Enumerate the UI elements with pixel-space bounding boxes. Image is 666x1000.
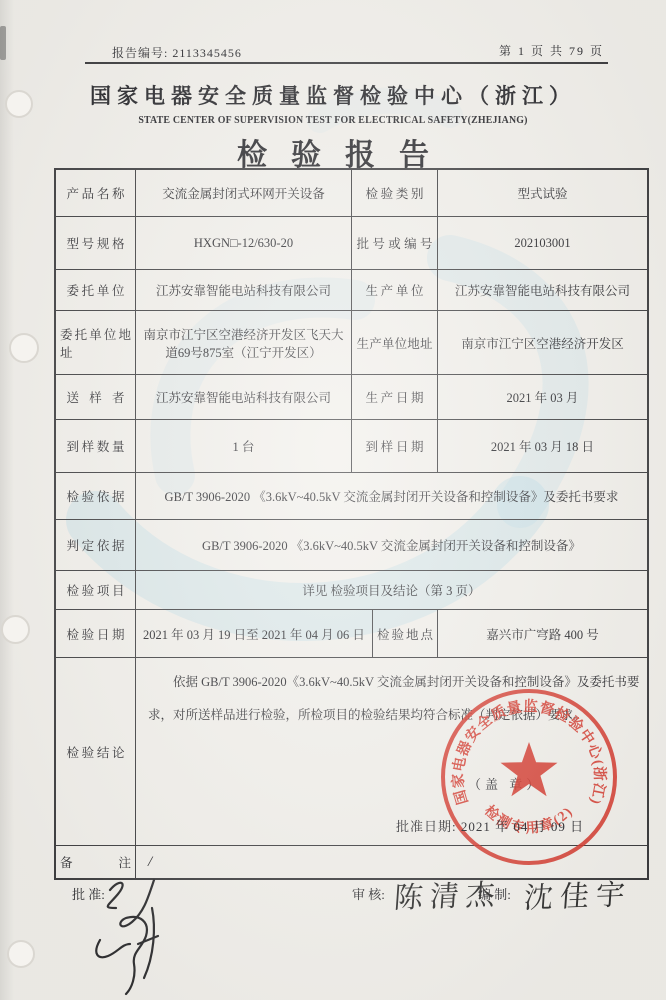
conclusion-cell: 依据 GB/T 3906-2020《3.6kV~40.5kV 交流金属封闭开关设… bbox=[135, 658, 647, 845]
punch-hole bbox=[7, 940, 35, 968]
report-number: 报告编号: 2113345456 bbox=[112, 44, 242, 61]
value-sample-sender: 江苏安靠智能电站科技有限公司 bbox=[135, 375, 351, 419]
punch-hole bbox=[9, 333, 39, 363]
report-info-table: 产品名称 交流金属封闭式环网开关设备 检验类别 型式试验 型号规格 HXGN□-… bbox=[54, 168, 649, 880]
label-model-spec: 型号规格 bbox=[56, 217, 135, 269]
value-inspection-items: 详见 检验项目及结论（第 3 页） bbox=[135, 571, 647, 609]
center-title-english: STATE CENTER OF SUPERVISION TEST FOR ELE… bbox=[20, 115, 646, 126]
scanned-report-page: 报告编号: 2113345456 第 1 页 共 79 页 国家电器安全质量监督… bbox=[0, 0, 666, 1000]
center-title-chinese: 国家电器安全质量监督检验中心（浙江） bbox=[0, 80, 666, 110]
label-production-date: 生产日期 bbox=[351, 375, 437, 419]
table-row-client: 委托单位 江苏安靠智能电站科技有限公司 生产单位 江苏安靠智能电站科技有限公司 bbox=[56, 269, 647, 310]
table-row-judgment-basis: 判定依据 GB/T 3906-2020 《3.6kV~40.5kV 交流金属封闭… bbox=[56, 519, 647, 570]
label-sample-quantity: 到样数量 bbox=[56, 420, 135, 472]
approval-date: 批准日期: 2021 年 04 月 09 日 bbox=[396, 816, 584, 835]
label-manufacturer: 生产单位 bbox=[351, 270, 437, 310]
value-manufacturer-address: 南京市江宁区空港经济开发区 bbox=[437, 311, 647, 374]
scan-smudge bbox=[0, 26, 6, 60]
label-manufacturer-address: 生产单位地址 bbox=[351, 311, 437, 374]
value-client-address: 南京市江宁区空港经济开发区飞天大道69号875室（江宁开发区） bbox=[135, 311, 351, 374]
table-row-sample-quantity: 到样数量 1 台 到样日期 2021 年 03 月 18 日 bbox=[56, 419, 647, 472]
value-manufacturer: 江苏安靠智能电站科技有限公司 bbox=[437, 270, 647, 310]
approver-signature bbox=[92, 878, 202, 1000]
label-sample-sender: 送样者 bbox=[56, 375, 135, 419]
label-judgment-basis: 判定依据 bbox=[56, 520, 135, 570]
table-row-conclusion: 检验结论 依据 GB/T 3906-2020《3.6kV~40.5kV 交流金属… bbox=[56, 657, 647, 845]
label-inspection-place: 检验地点 bbox=[372, 610, 437, 657]
label-sample-arrival-date: 到样日期 bbox=[351, 420, 437, 472]
report-number-value: 2113345456 bbox=[172, 46, 242, 60]
value-sample-arrival-date: 2021 年 03 月 18 日 bbox=[437, 420, 647, 472]
header-divider bbox=[85, 62, 608, 64]
table-row-inspection-basis: 检验依据 GB/T 3906-2020 《3.6kV~40.5kV 交流金属封闭… bbox=[56, 472, 647, 519]
value-judgment-basis: GB/T 3906-2020 《3.6kV~40.5kV 交流金属封闭开关设备和… bbox=[135, 520, 647, 570]
value-inspection-basis: GB/T 3906-2020 《3.6kV~40.5kV 交流金属封闭开关设备和… bbox=[135, 473, 647, 519]
table-row-model: 型号规格 HXGN□-12/630-20 批号或编号 202103001 bbox=[56, 216, 647, 269]
value-inspection-type: 型式试验 bbox=[437, 170, 647, 216]
punch-hole bbox=[1, 615, 30, 644]
value-inspection-place: 嘉兴市广穹路 400 号 bbox=[437, 610, 647, 657]
label-product-name: 产品名称 bbox=[56, 170, 135, 216]
label-remarks: 备注 bbox=[56, 846, 135, 878]
value-sample-quantity: 1 台 bbox=[135, 420, 351, 472]
label-conclusion: 检验结论 bbox=[56, 658, 135, 845]
table-row-client-address: 委托单位地址 南京市江宁区空港经济开发区飞天大道69号875室（江宁开发区） 生… bbox=[56, 310, 647, 374]
official-red-stamp: 国家电器安全质量监督检验中心(浙江) 检测专用章(2) bbox=[438, 686, 620, 868]
table-row-sample-sender: 送样者 江苏安靠智能电站科技有限公司 生产日期 2021 年 03 月 bbox=[56, 374, 647, 419]
value-production-date: 2021 年 03 月 bbox=[437, 375, 647, 419]
punch-hole bbox=[5, 90, 33, 118]
preparer-signature: 沈佳宇 bbox=[523, 872, 634, 917]
table-row-inspection-date: 检验日期 2021 年 03 月 19 日至 2021 年 04 月 06 日 … bbox=[56, 609, 647, 657]
label-inspection-date: 检验日期 bbox=[56, 610, 135, 657]
table-row-inspection-items: 检验项目 详见 检验项目及结论（第 3 页） bbox=[56, 570, 647, 609]
label-inspection-items: 检验项目 bbox=[56, 571, 135, 609]
report-number-label: 报告编号: bbox=[112, 46, 168, 60]
value-batch-number: 202103001 bbox=[437, 217, 647, 269]
value-client-unit: 江苏安靠智能电站科技有限公司 bbox=[135, 270, 351, 310]
value-product-name: 交流金属封闭式环网开关设备 bbox=[135, 170, 351, 216]
label-inspection-type: 检验类别 bbox=[351, 170, 437, 216]
label-client-address: 委托单位地址 bbox=[56, 311, 135, 374]
review-label: 审 核: bbox=[352, 884, 385, 903]
label-inspection-basis: 检验依据 bbox=[56, 473, 135, 519]
value-model-spec: HXGN□-12/630-20 bbox=[135, 217, 351, 269]
reviewer-signature: 陈清杰 bbox=[393, 872, 504, 917]
table-row-product: 产品名称 交流金属封闭式环网开关设备 检验类别 型式试验 bbox=[56, 170, 647, 216]
label-client-unit: 委托单位 bbox=[56, 270, 135, 310]
value-inspection-date: 2021 年 03 月 19 日至 2021 年 04 月 06 日 bbox=[135, 610, 372, 657]
page-indicator: 第 1 页 共 79 页 bbox=[499, 42, 604, 59]
label-batch-number: 批号或编号 bbox=[351, 217, 437, 269]
stamp-star-icon bbox=[501, 742, 558, 796]
